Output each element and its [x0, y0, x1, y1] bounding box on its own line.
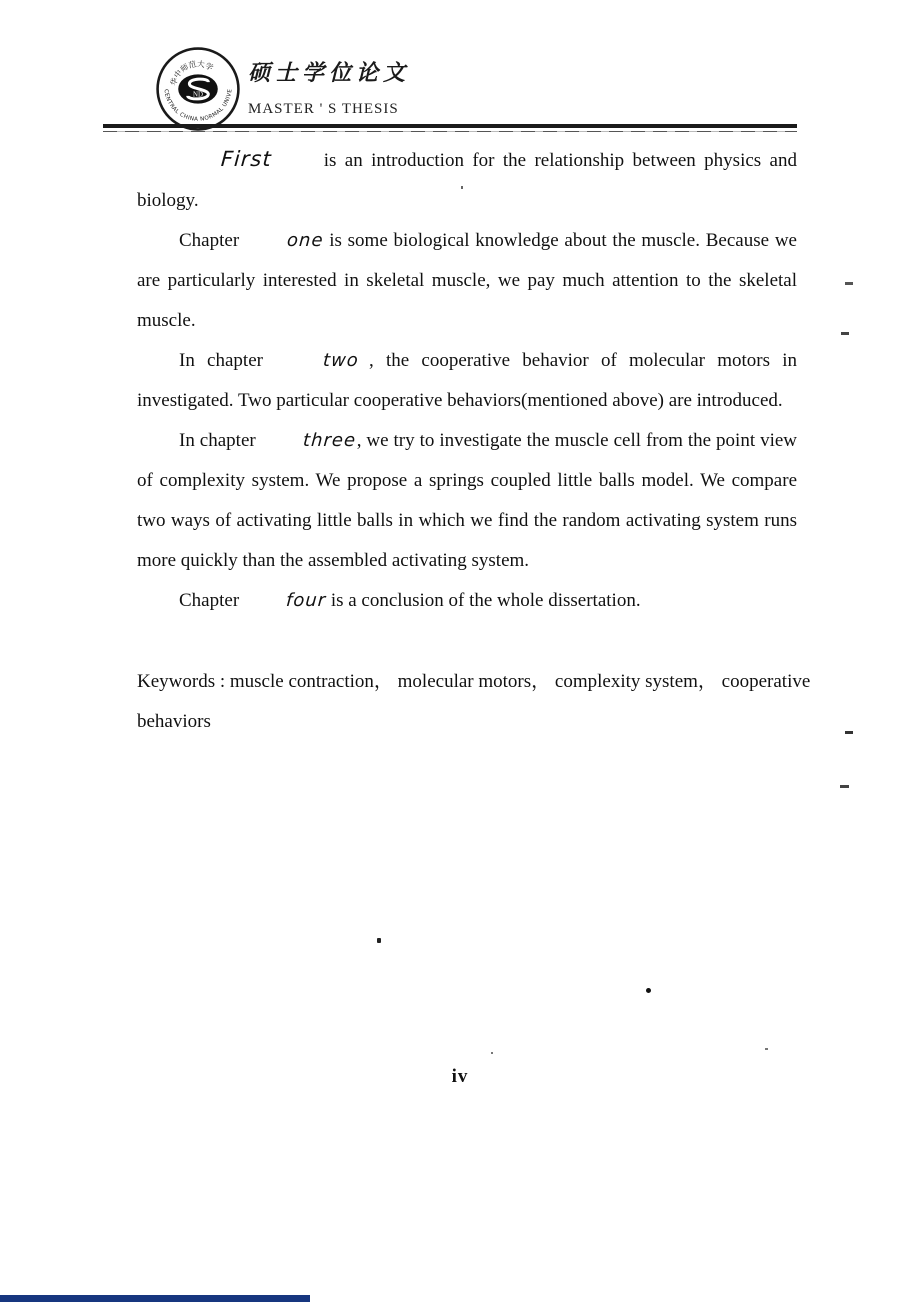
university-seal-logo: 华中师范大学 CENTRAL CHINA NORMAL UNIVERSITY N… [155, 46, 241, 132]
scan-speck [841, 332, 849, 335]
scan-speck [377, 938, 381, 943]
paragraph-chapter-one: Chapter one is some biological knowledge… [137, 221, 797, 341]
keywords-line: Keywords : muscle contraction， molecular… [137, 662, 817, 742]
thesis-type-english: MASTER ' S THESIS [248, 101, 410, 118]
paragraph-text: is a conclusion of the whole dissertatio… [326, 590, 641, 611]
header-rule-thin [103, 131, 797, 132]
paragraph-text: Chapter [179, 230, 245, 251]
paragraph-text: , we try to investigate the muscle cell … [137, 430, 797, 571]
paragraph-text: In chapter [179, 350, 275, 371]
thesis-type-chinese: 硕士学位论文 [248, 56, 410, 87]
paragraph-text: In chapter [179, 430, 261, 451]
scan-speck [765, 1048, 768, 1050]
seal-monogram-letters: ND [193, 92, 203, 99]
header-titles: 硕士学位论文 MASTER ' S THESIS [248, 56, 410, 118]
scan-speck [845, 731, 853, 734]
scan-speck [840, 785, 849, 788]
header-rule-thick [103, 124, 797, 128]
paragraph-chapter-three: In chapter three, we try to investigate … [137, 421, 797, 581]
handwritten-word-three: three [259, 421, 357, 461]
abstract-body: Firstis an introduction for the relation… [137, 139, 797, 621]
thesis-scan-page: 华中师范大学 CENTRAL CHINA NORMAL UNIVERSITY N… [0, 0, 920, 1302]
handwritten-word-two: two [280, 341, 361, 381]
handwritten-word-first: First [178, 139, 274, 179]
handwritten-word-one: one [244, 221, 325, 261]
paragraph-intro: Firstis an introduction for the relation… [137, 139, 797, 221]
paragraph-chapter-two: In chapter two, the cooperative behavior… [137, 341, 797, 421]
scan-speck [491, 1052, 493, 1054]
paragraph-chapter-four: Chapter four is a conclusion of the whol… [137, 581, 797, 621]
handwritten-word-four: four [243, 581, 328, 621]
paragraph-text: Chapter [179, 590, 244, 611]
page-number: iv [0, 1066, 920, 1088]
scan-speck [461, 186, 463, 189]
scan-edge-artifact [0, 1295, 310, 1302]
scan-speck [845, 282, 853, 285]
scan-speck [646, 988, 651, 993]
